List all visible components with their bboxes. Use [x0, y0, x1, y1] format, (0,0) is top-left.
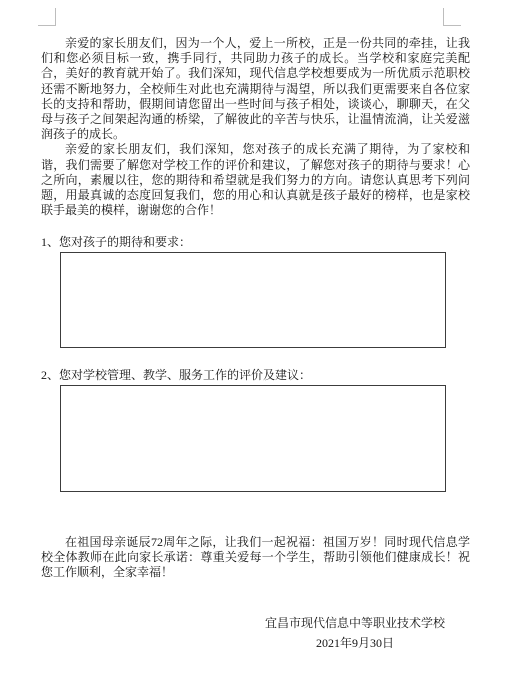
question-2-answer-box[interactable]	[60, 385, 446, 492]
letter-content: 亲爱的家长朋友们，因为一个人，爱上一所校，正是一份共同的牵挂，让我们和您必须目标…	[41, 36, 470, 653]
question-2-label: 2、您对学校管理、教学、服务工作的评价及建议：	[41, 368, 470, 383]
signature-date: 2021年9月30日	[265, 633, 445, 653]
margin-crop-mark-top-right	[443, 8, 461, 26]
intro-paragraph-2: 亲爱的家长朋友们，我们深知，您对孩子的成长充满了期待，为了家校和谐，我们需要了解…	[41, 142, 470, 218]
signature-block: 宜昌市现代信息中等职业技术学校 2021年9月30日	[265, 613, 445, 653]
question-1-answer-box[interactable]	[60, 252, 446, 348]
intro-paragraph-1: 亲爱的家长朋友们，因为一个人，爱上一所校，正是一份共同的牵挂，让我们和您必须目标…	[41, 36, 470, 142]
margin-crop-mark-top-left	[38, 8, 56, 26]
signature-organization: 宜昌市现代信息中等职业技术学校	[265, 613, 445, 633]
letter-page: 亲爱的家长朋友们，因为一个人，爱上一所校，正是一份共同的牵挂，让我们和您必须目标…	[0, 0, 512, 676]
closing-paragraph: 在祖国母亲诞辰72周年之际，让我们一起祝福：祖国万岁！同时现代信息学校全体教师在…	[41, 535, 470, 581]
question-1-label: 1、您对孩子的期待和要求：	[41, 235, 470, 250]
